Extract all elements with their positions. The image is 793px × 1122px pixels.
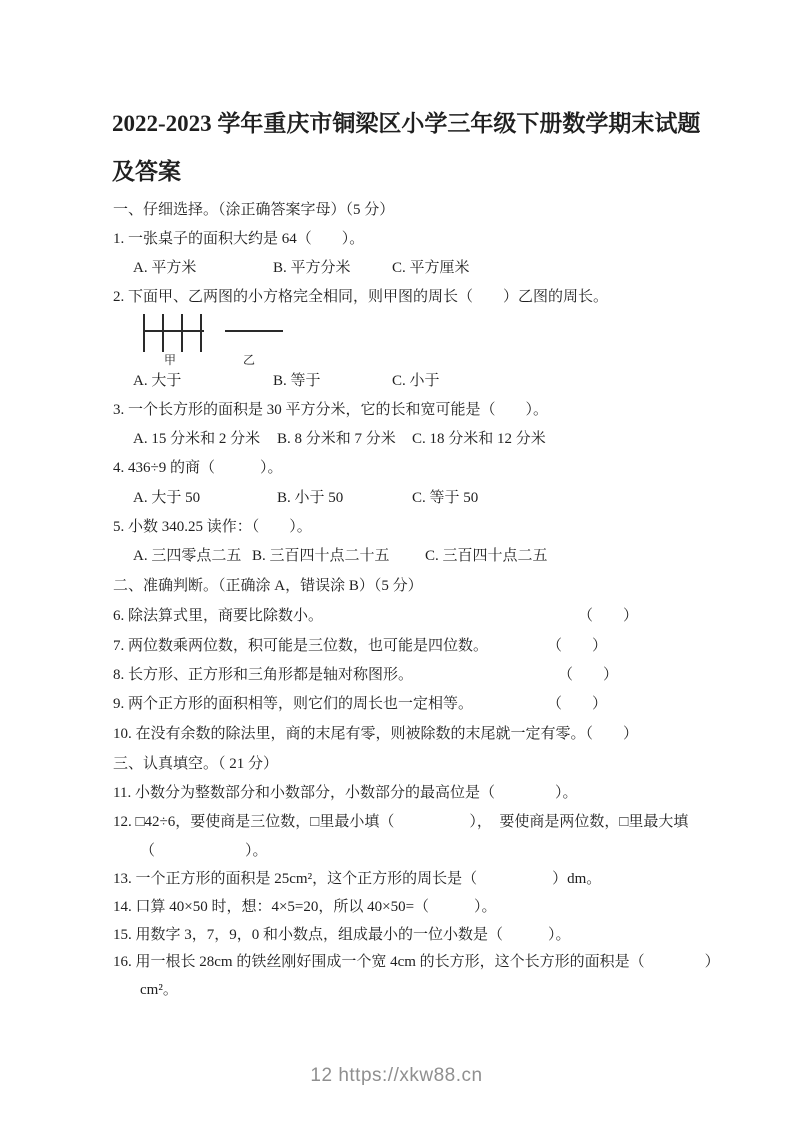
question-7-answer-blank: （ ） <box>547 636 607 656</box>
question-1: 1. 一张桌子的面积大约是 64（ ）。 <box>113 229 364 249</box>
figure-yi-line <box>225 330 283 332</box>
question-2-option-c: C. 小于 <box>392 371 440 391</box>
figure-jia-label: 甲 <box>164 353 176 367</box>
question-15: 15. 用数字 3，7，9，0 和小数点，组成最小的一位小数是（ ）。 <box>113 925 571 945</box>
question-1-options: A. 平方米 B. 平方分米 C. 平方厘米 <box>0 258 793 278</box>
question-4: 4. 436÷9 的商（ ）。 <box>113 458 282 478</box>
question-2: 2. 下面甲、乙两图的小方格完全相同，则甲图的周长（ ）乙图的周长。 <box>113 287 608 307</box>
section-2-heading: 二、准确判断。（正确涂 A，错误涂 B）（5 分） <box>113 576 423 596</box>
question-5-options: A. 三四零点二五 B. 三百四十点二十五 C. 三百四十点二五 <box>0 546 793 566</box>
question-3: 3. 一个长方形的面积是 30 平方分米，它的长和宽可能是（ ）。 <box>113 400 548 420</box>
question-11: 11. 小数分为整数部分和小数部分，小数部分的最高位是（ ）。 <box>113 783 577 803</box>
question-9: 9. 两个正方形的面积相等，则它们的周长也一定相等。 <box>113 694 473 714</box>
question-5-option-c: C. 三百四十点二五 <box>425 546 548 566</box>
question-8: 8. 长方形、正方形和三角形都是轴对称图形。 <box>113 665 413 685</box>
question-3-options: A. 15 分米和 2 分米 B. 8 分米和 7 分米 C. 18 分米和 1… <box>0 429 793 449</box>
page-number-watermark: 12 https://xkw88.cn <box>0 1065 793 1087</box>
question-4-option-a: A. 大于 50 <box>133 488 200 508</box>
question-14: 14. 口算 40×50 时，想：4×5=20，所以 40×50=（ ）。 <box>113 897 497 917</box>
question-1-option-a: A. 平方米 <box>133 258 196 278</box>
question-2-option-a: A. 大于 <box>133 371 181 391</box>
exam-title-line2: 及答案 <box>112 157 181 187</box>
figure-jia-vertical-line-2 <box>162 314 164 352</box>
question-12-line2: （ ）。 <box>140 841 268 861</box>
figure-jia-vertical-line-1 <box>143 314 145 352</box>
figure-jia-vertical-line-3 <box>181 314 183 352</box>
question-5: 5. 小数 340.25 读作：（ ）。 <box>113 517 312 537</box>
section-3-heading: 三、认真填空。（ 21 分） <box>113 754 278 774</box>
question-16-line1: 16. 用一根长 28cm 的铁丝刚好围成一个宽 4cm 的长方形，这个长方形的… <box>113 952 720 972</box>
question-10: 10. 在没有余数的除法里，商的末尾有零，则被除数的末尾就一定有零。（ ） <box>113 724 638 744</box>
question-5-option-a: A. 三四零点二五 <box>133 546 241 566</box>
question-16-line2: cm²。 <box>140 980 178 1000</box>
figure-jia-vertical-line-4 <box>200 314 202 352</box>
question-3-option-c: C. 18 分米和 12 分米 <box>412 429 546 449</box>
question-1-option-b: B. 平方分米 <box>273 258 351 278</box>
question-8-answer-blank: （ ） <box>558 665 618 685</box>
figure-yi-label: 乙 <box>243 353 255 367</box>
question-5-option-b: B. 三百四十点二十五 <box>252 546 390 566</box>
question-4-option-b: B. 小于 50 <box>277 488 343 508</box>
figure-jia-horizontal-line <box>143 330 204 332</box>
question-4-options: A. 大于 50 B. 小于 50 C. 等于 50 <box>0 488 793 508</box>
question-7: 7. 两位数乘两位数，积可能是三位数，也可能是四位数。 <box>113 636 488 656</box>
question-2-options: A. 大于 B. 等于 C. 小于 <box>0 371 793 391</box>
question-6: 6. 除法算式里，商要比除数小。 <box>113 606 323 626</box>
question-12-line1: 12. □42÷6，要使商是三位数，□里最小填（ ）， 要使商是两位数，□里最大… <box>113 812 688 832</box>
exam-title-line1: 2022-2023 学年重庆市铜梁区小学三年级下册数学期末试题 <box>112 109 700 139</box>
question-3-option-a: A. 15 分米和 2 分米 <box>133 429 260 449</box>
question-3-option-b: B. 8 分米和 7 分米 <box>277 429 396 449</box>
question-2-option-b: B. 等于 <box>273 371 321 391</box>
question-13: 13. 一个正方形的面积是 25cm²，这个正方形的周长是（ ）dm。 <box>113 869 601 889</box>
section-1-heading: 一、仔细选择。（涂正确答案字母）（5 分） <box>113 200 394 220</box>
exam-document-page: 2022-2023 学年重庆市铜梁区小学三年级下册数学期末试题 及答案 一、仔细… <box>0 0 793 1122</box>
question-6-answer-blank: （ ） <box>578 606 638 626</box>
question-9-answer-blank: （ ） <box>547 694 607 714</box>
question-4-option-c: C. 等于 50 <box>412 488 478 508</box>
question-1-option-c: C. 平方厘米 <box>392 258 470 278</box>
